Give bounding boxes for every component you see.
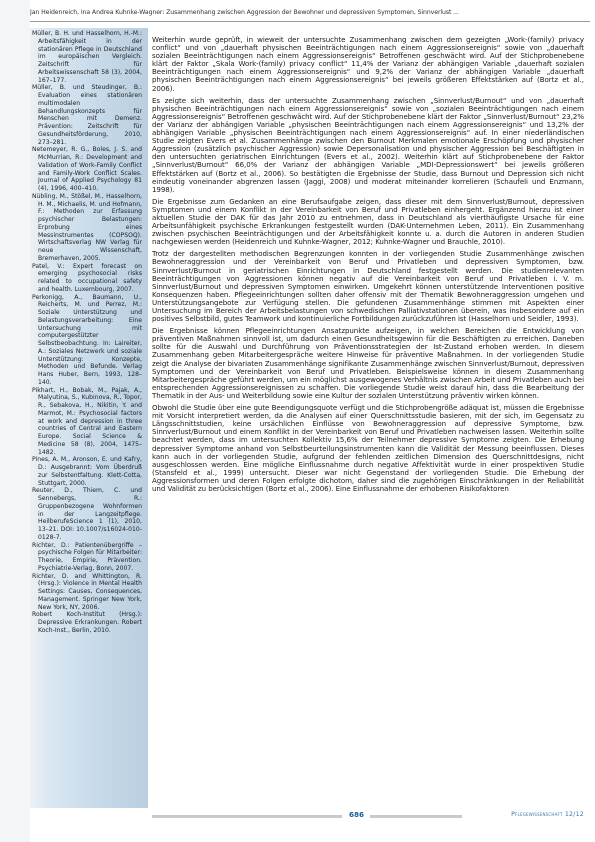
body-text: Weiterhin wurde geprüft, in wieweit der … (152, 36, 584, 497)
paragraph: Trotz der dargestellten methodischen Beg… (152, 250, 584, 323)
running-title: Jan Heidenreich, Ina Andrea Kuhnke-Wagne… (30, 9, 459, 16)
paragraph: Die Ergebnisse können Pflegeeinrichtunge… (152, 327, 584, 400)
reference-item: Patel, V.: Expert forecast on emerging p… (32, 263, 142, 294)
reference-list: Müller, B. H. und Hasselhorn, H.-M.: Arb… (32, 30, 142, 635)
journal-issue: 12/12 (565, 811, 584, 818)
paragraph: Obwohl die Studie über eine gute Beendig… (152, 404, 584, 493)
paragraph: Es zeigte sich weiterhin, dass der unter… (152, 97, 584, 194)
journal-citation: Pflegewissenschaft 12/12 (511, 811, 584, 818)
running-header: Jan Heidenreich, Ina Andrea Kuhnke-Wagne… (30, 9, 590, 22)
paragraph: Weiterhin wurde geprüft, in wieweit der … (152, 36, 584, 93)
reference-item: Richter, D. and Whittington, R. (Hrsg.):… (32, 573, 142, 612)
reference-item: Robert Koch-Institut (Hrsg.): Depressive… (32, 611, 142, 634)
reference-item: Reuter, D., Thiem, C. und Sennebergs, R.… (32, 487, 142, 541)
reference-item: Nübling, M., Stößel, M., Hasselhorn, H. … (32, 193, 142, 263)
reference-item: Müller, B. und Steudinger, B.: Evaluatio… (32, 84, 142, 146)
references-sidebar: Müller, B. H. und Hasselhorn, H.-M.: Arb… (30, 28, 148, 808)
reference-item: Müller, B. H. und Hasselhorn, H.-M.: Arb… (32, 30, 142, 84)
reference-item: Perkonigg, A., Baumann, U., Reicherts, M… (32, 294, 142, 387)
footer-rule-left (152, 815, 342, 818)
reference-item: Richter, D.: Patientenübergriffe – psych… (32, 542, 142, 573)
journal-name: Pflegewissenschaft (511, 811, 563, 818)
paragraph: Die Ergebnisse zum Gedanken an eine Beru… (152, 198, 584, 247)
page-margin (0, 0, 30, 842)
reference-item: Netemeyer, R. G., Boles, J. S. and McMur… (32, 146, 142, 193)
page-number: 686 (349, 810, 364, 819)
page-footer: 686 Pflegewissenschaft 12/12 (152, 810, 592, 822)
reference-item: Pikhart, H., Bobak, M., Pajak, A., Malyu… (32, 387, 142, 457)
reference-item: Pines, A. M., Aronson, E. und Kafry, D.:… (32, 456, 142, 487)
footer-rule-right (370, 815, 462, 818)
